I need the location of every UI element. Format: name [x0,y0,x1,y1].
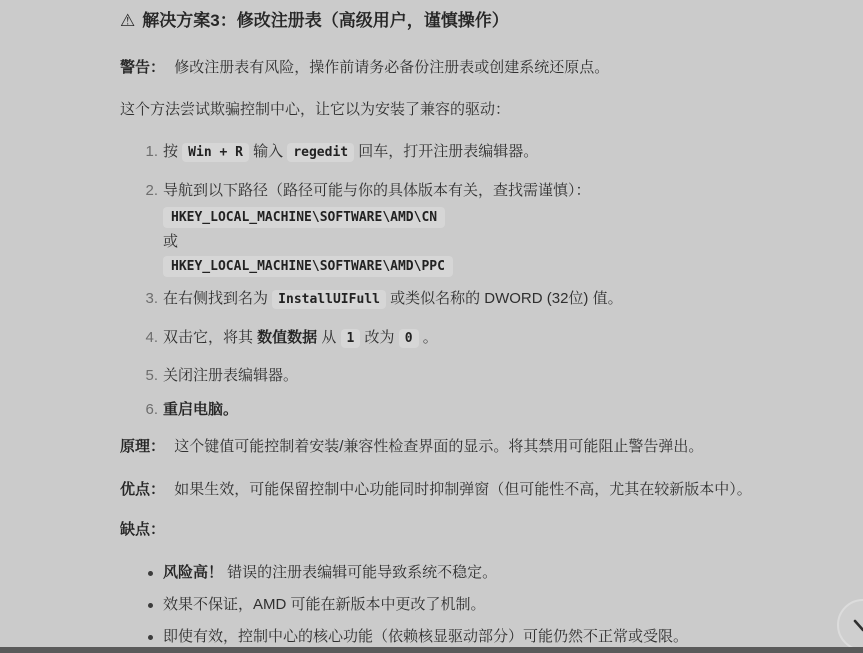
pros-paragraph: 优点： 如果生效，可能保留控制中心功能同时抑制弹窗（但可能性不高，尤其在较新版本… [120,480,803,500]
step-number: 6. [120,400,158,420]
step-text: 。 [419,329,438,346]
inline-code-installuifull: InstallUIFull [272,290,386,309]
warning-paragraph: 警告： 修改注册表有风险，操作前请务必备份注册表或创建系统还原点。 [120,58,803,78]
registry-path-line: HKEY_LOCAL_MACHINE\SOFTWARE\AMD\CN [163,207,803,228]
registry-path-code-ppc: HKEY_LOCAL_MACHINE\SOFTWARE\AMD\PPC [163,256,453,277]
cons-label: 缺点： [120,521,165,538]
cons-text: 效果不保证，AMD 可能在新版本中更改了机制。 [163,596,486,613]
step-text: 输入 [249,143,287,160]
markdown-content: ⚠解决方案3：修改注册表（高级用户，谨慎操作） 警告： 修改注册表有风险，操作前… [0,0,863,647]
pros-text: 如果生效，可能保留控制中心功能同时抑制弹窗（但可能性不高，尤其在较新版本中）。 [174,481,752,498]
step-item-2: 2. 导航到以下路径（路径可能与你的具体版本有关，查找需谨慎）： HKEY_LO… [120,181,803,277]
registry-path-line: HKEY_LOCAL_MACHINE\SOFTWARE\AMD\PPC [163,256,803,277]
step-text: 从 [317,329,340,346]
step-text: 回车，打开注册表编辑器。 [354,143,538,160]
section-heading: ⚠解决方案3：修改注册表（高级用户，谨慎操作） [120,8,803,34]
principle-text: 这个键值可能控制着安装/兼容性检查界面的显示。将其禁用可能阻止警告弹出。 [174,438,703,455]
or-text: 或 [163,232,803,252]
chat-response-page: ⚠解决方案3：修改注册表（高级用户，谨慎操作） 警告： 修改注册表有风险，操作前… [0,0,863,653]
warning-label: 警告： [120,59,165,76]
warning-text: 修改注册表有风险，操作前请务必备份注册表或创建系统还原点。 [174,59,609,76]
cons-item-2: 效果不保证，AMD 可能在新版本中更改了机制。 [120,595,803,615]
bold-text: 风险高！ [163,564,223,581]
chevron-down-icon [848,610,863,640]
step-text: 在右侧找到名为 [163,290,272,307]
pros-label: 优点： [120,481,165,498]
warning-triangle-icon: ⚠ [120,11,135,30]
step-text: 按 [163,143,182,160]
inline-code-regedit: regedit [287,143,354,162]
inline-code-0: 0 [399,329,419,348]
principle-label: 原理： [120,438,165,455]
cons-list: 风险高！ 错误的注册表编辑可能导致系统不稳定。 效果不保证，AMD 可能在新版本… [120,563,803,647]
step-item-3: 3. 在右侧找到名为 InstallUIFull 或类似名称的 DWORD (3… [120,289,803,310]
inline-code-1: 1 [341,329,361,348]
principle-paragraph: 原理： 这个键值可能控制着安装/兼容性检查界面的显示。将其禁用可能阻止警告弹出。 [120,437,803,457]
cons-text: 错误的注册表编辑可能导致系统不稳定。 [223,564,497,581]
bold-text: 重启电脑。 [163,401,238,418]
cons-item-3: 即使有效，控制中心的核心功能（依赖核显驱动部分）可能仍然不正常或受限。 [120,627,803,647]
step-number: 2. [120,181,158,201]
inline-code-win-r: Win + R [182,143,249,162]
cons-item-1: 风险高！ 错误的注册表编辑可能导致系统不稳定。 [120,563,803,583]
step-text: 或类似名称的 DWORD (32位) 值。 [386,290,623,307]
step-item-5: 5. 关闭注册表编辑器。 [120,366,803,386]
step-text: 改为 [360,329,398,346]
step-text: 导航到以下路径（路径可能与你的具体版本有关，查找需谨慎）： [163,182,591,199]
section-heading-text: 解决方案3：修改注册表（高级用户，谨慎操作） [142,11,508,30]
step-item-1: 1. 按 Win + R 输入 regedit 回车，打开注册表编辑器。 [120,142,803,163]
step-number: 4. [120,328,158,348]
bold-text: 数值数据 [257,329,317,346]
step-text: 关闭注册表编辑器。 [163,367,298,384]
step-text: 双击它，将其 [163,329,257,346]
intro-paragraph: 这个方法尝试欺骗控制中心，让它以为安装了兼容的驱动： [120,100,803,120]
step-number: 5. [120,366,158,386]
step-item-6: 6. 重启电脑。 [120,400,803,420]
cons-heading: 缺点： [120,520,803,540]
steps-list: 1. 按 Win + R 输入 regedit 回车，打开注册表编辑器。 2. … [120,142,803,420]
step-number: 3. [120,289,158,309]
step-number: 1. [120,142,158,162]
registry-path-code-cn: HKEY_LOCAL_MACHINE\SOFTWARE\AMD\CN [163,207,445,228]
bottom-edge-bar [0,647,863,653]
step-item-4: 4. 双击它，将其 数值数据 从 1 改为 0 。 [120,328,803,349]
cons-text: 即使有效，控制中心的核心功能（依赖核显驱动部分）可能仍然不正常或受限。 [163,628,688,645]
